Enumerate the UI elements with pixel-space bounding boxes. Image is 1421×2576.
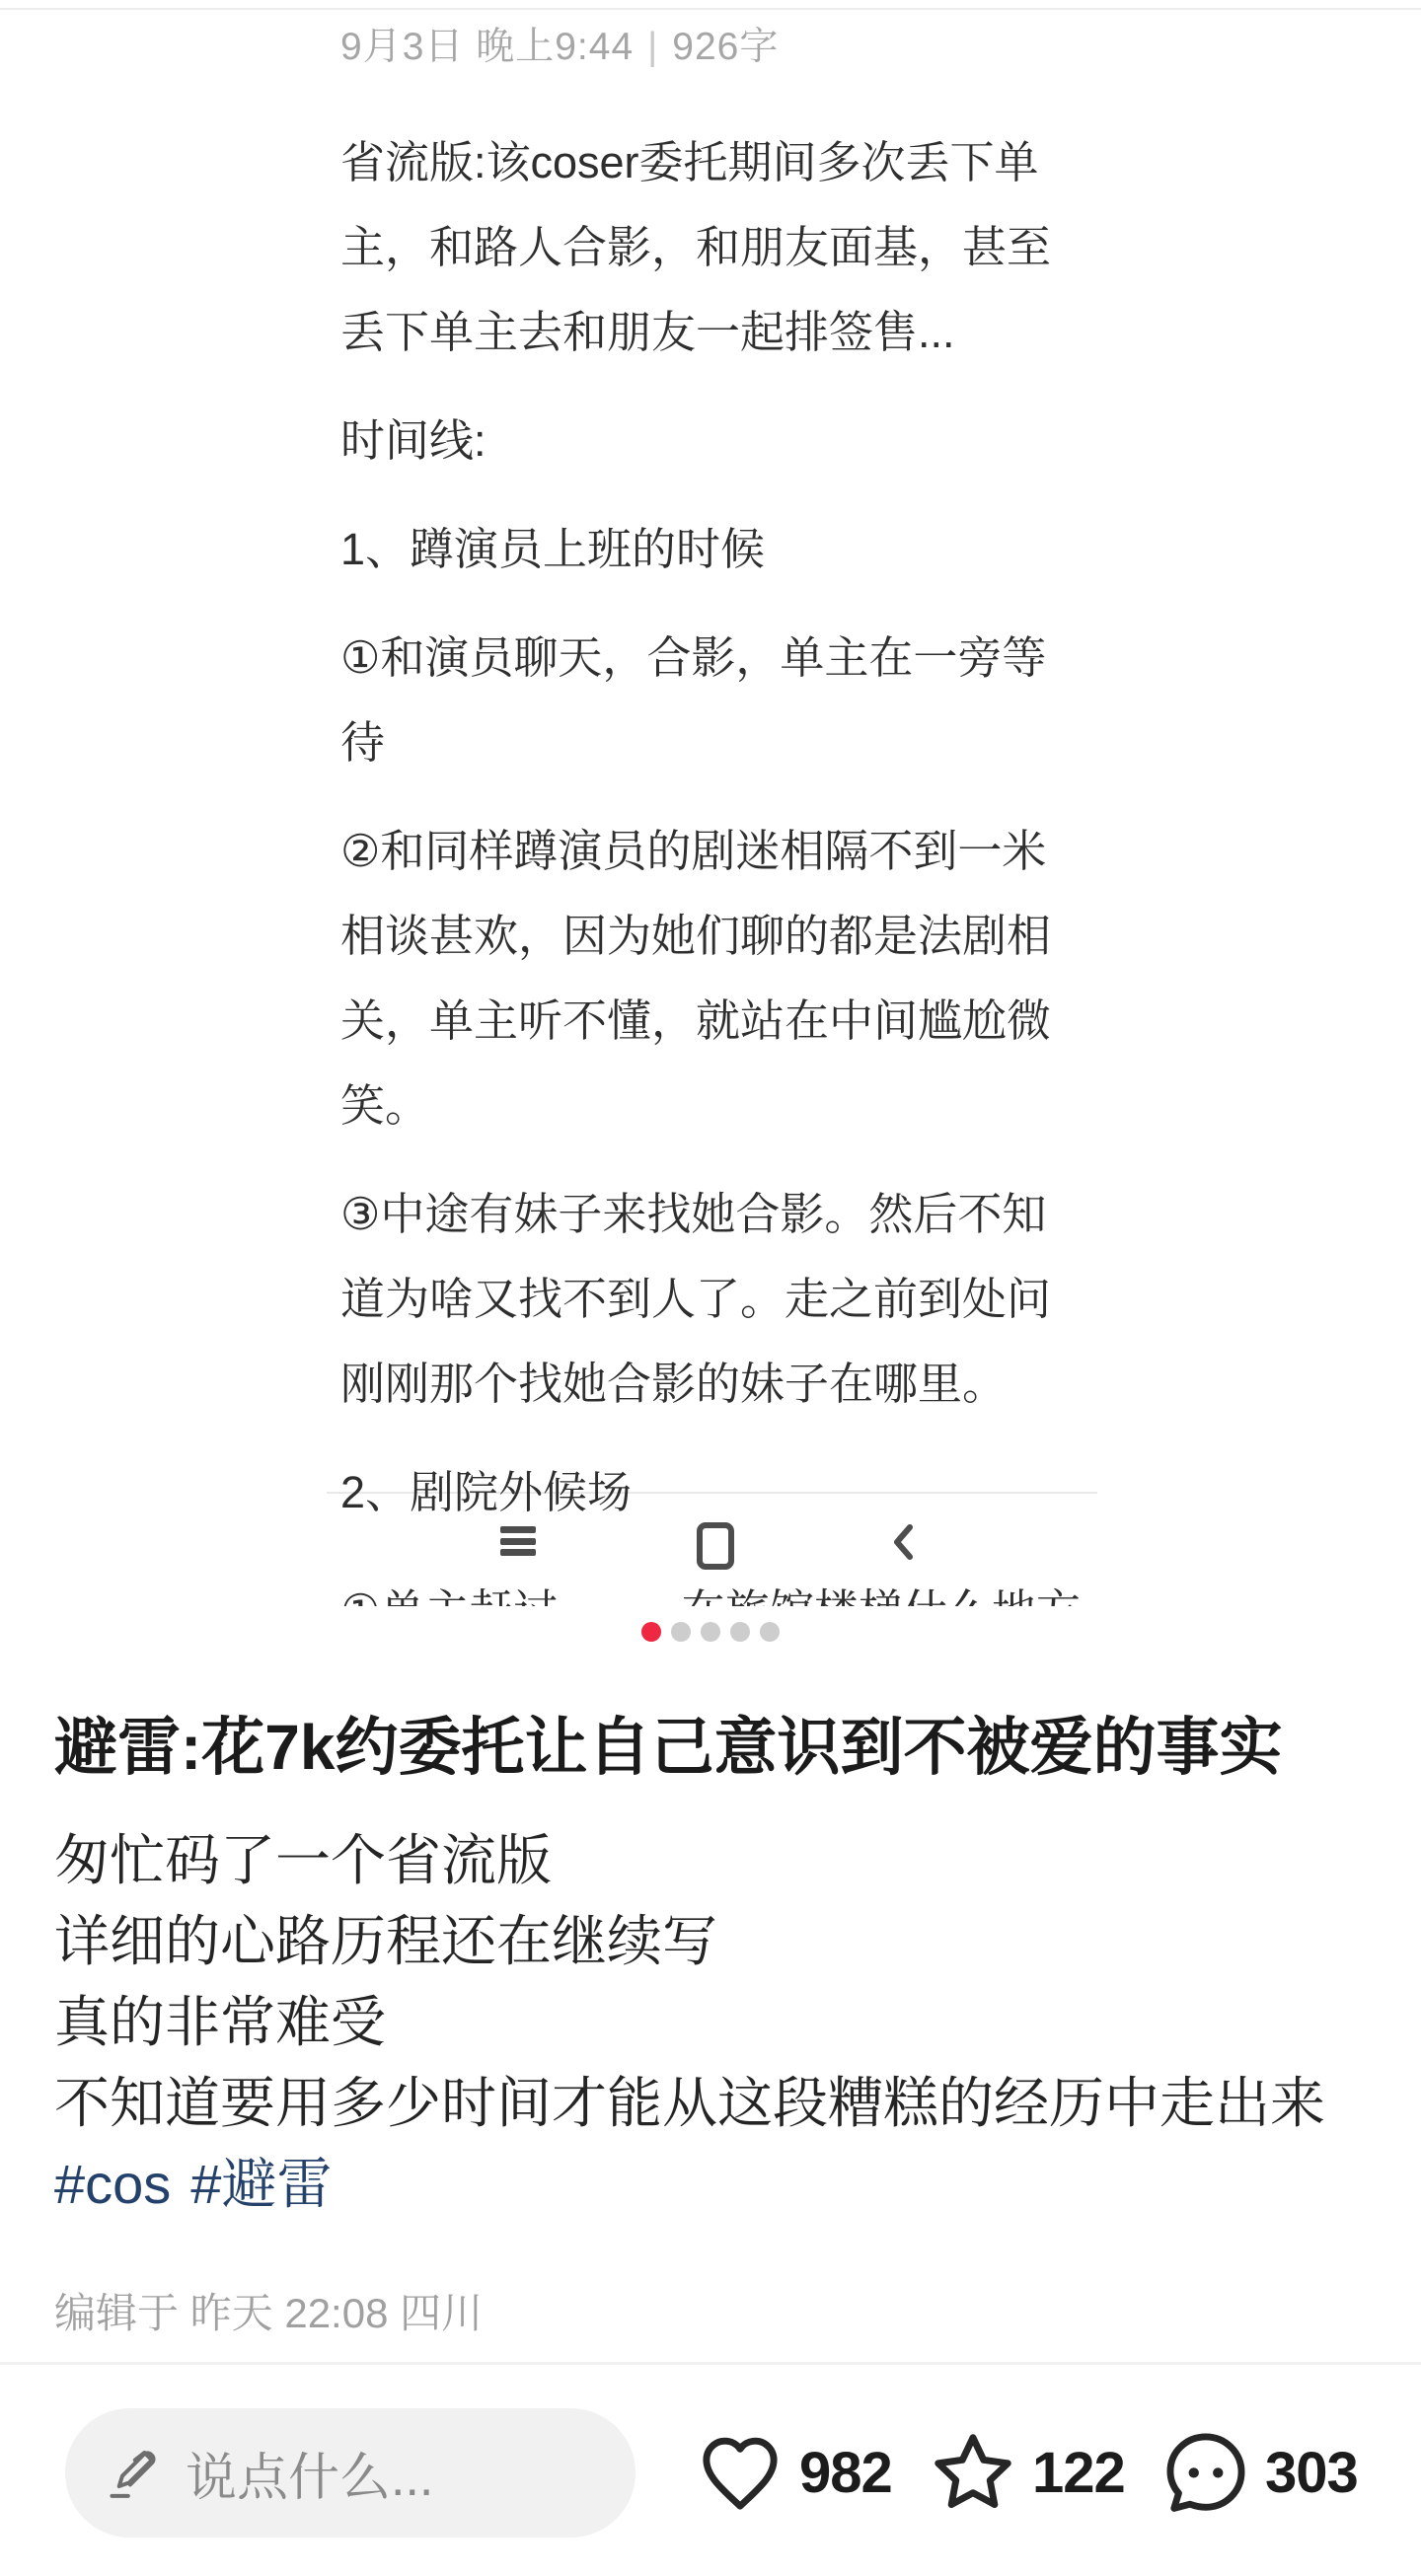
note-image-time: 晚上9:44 bbox=[476, 26, 634, 68]
note-line: 相谈甚欢，因为她们聊的都是法剧相 bbox=[340, 894, 1120, 979]
hashtag-row: #cos#避雷 bbox=[54, 2144, 1396, 2225]
note-line: 2、剧院外候场 bbox=[340, 1450, 1120, 1535]
body-line: 不知道要用多少时间才能从这段糟糕的经历中走出来 bbox=[54, 2063, 1396, 2144]
meta-separator: | bbox=[634, 26, 672, 68]
note-line: 1、蹲演员上班的时候 bbox=[340, 507, 1120, 592]
note-image-text: 省流版:该coser委托期间多次丢下单 主，和路人合影，和朋友面基，甚至 丢下单… bbox=[340, 120, 1120, 1535]
pagination-dot bbox=[701, 1622, 720, 1642]
comment-count: 303 bbox=[1265, 2440, 1358, 2506]
note-line: 时间线: bbox=[340, 399, 1120, 483]
bottom-bar-divider bbox=[0, 2362, 1421, 2365]
post-title: 避雷:花7k约委托让自己意识到不被爱的事实 bbox=[54, 1697, 1377, 1788]
screenshot-stitch-line-top bbox=[0, 8, 1421, 10]
hashtag-bilei[interactable]: #避雷 bbox=[190, 2153, 332, 2215]
note-line: 笑。 bbox=[340, 1064, 1120, 1148]
comment-bubble-icon bbox=[1160, 2427, 1251, 2518]
note-line: 省流版:该coser委托期间多次丢下单 bbox=[340, 120, 1120, 205]
carousel-image[interactable]: 9月3日 晚上9:44|926字 省流版:该coser委托期间多次丢下单 主，和… bbox=[0, 0, 1421, 1606]
note-image-wordcount: 926字 bbox=[672, 26, 779, 68]
clipped-text-left: ①单主赶过 bbox=[340, 1569, 558, 1606]
star-icon bbox=[928, 2427, 1018, 2518]
clipped-text-right: 在旅馆楼梯什么地方 bbox=[681, 1569, 1081, 1606]
note-line: ②和同样蹲演员的剧迷相隔不到一米 bbox=[340, 809, 1120, 894]
note-line: 刚刚那个找她合影的妹子在哪里。 bbox=[340, 1342, 1120, 1427]
note-line: ③中途有妹子来找她合影。然后不知 bbox=[340, 1172, 1120, 1257]
pagination-dot bbox=[760, 1622, 780, 1642]
note-line: 道为啥又找不到人了。走之前到处问 bbox=[340, 1257, 1120, 1342]
collect-count: 122 bbox=[1032, 2440, 1125, 2506]
note-image-date: 9月3日 bbox=[340, 26, 464, 68]
collect-button[interactable]: 122 bbox=[928, 2412, 1125, 2533]
body-line: 匆忙码了一个省流版 bbox=[54, 1820, 1396, 1901]
body-line: 详细的心路历程还在继续写 bbox=[54, 1901, 1396, 1982]
note-line: 丢下单主去和朋友一起排签售... bbox=[340, 290, 1120, 375]
note-line: 主，和路人合影，和朋友面基，甚至 bbox=[340, 205, 1120, 290]
post-body: 匆忙码了一个省流版 详细的心路历程还在继续写 真的非常难受 不知道要用多少时间才… bbox=[54, 1820, 1396, 2225]
pencil-icon bbox=[105, 2446, 160, 2501]
pagination-dot-active bbox=[641, 1622, 661, 1642]
like-count: 982 bbox=[799, 2440, 892, 2506]
pagination-dot bbox=[730, 1622, 750, 1642]
edit-info: 编辑于 昨天 22:08 四川 bbox=[54, 2281, 483, 2340]
hashtag-cos[interactable]: #cos bbox=[54, 2153, 171, 2215]
note-image-meta: 9月3日 晚上9:44|926字 bbox=[340, 16, 779, 71]
carousel-pagination bbox=[0, 1622, 1421, 1642]
note-line: 待 bbox=[340, 700, 1120, 785]
comment-button[interactable]: 303 bbox=[1160, 2412, 1358, 2533]
note-line: ①和演员聊天，合影，单主在一旁等 bbox=[340, 616, 1120, 700]
heart-icon bbox=[695, 2427, 785, 2518]
comment-input[interactable]: 说点什么... bbox=[65, 2408, 636, 2538]
like-button[interactable]: 982 bbox=[695, 2412, 892, 2533]
clipped-text-row: ①单主赶过 在旅馆楼梯什么地方 bbox=[0, 1569, 1421, 1606]
pagination-dot bbox=[671, 1622, 691, 1642]
body-line: 真的非常难受 bbox=[54, 1982, 1396, 2063]
comment-placeholder: 说点什么... bbox=[186, 2436, 433, 2510]
note-line: 关，单主听不懂，就站在中间尴尬微 bbox=[340, 979, 1120, 1064]
